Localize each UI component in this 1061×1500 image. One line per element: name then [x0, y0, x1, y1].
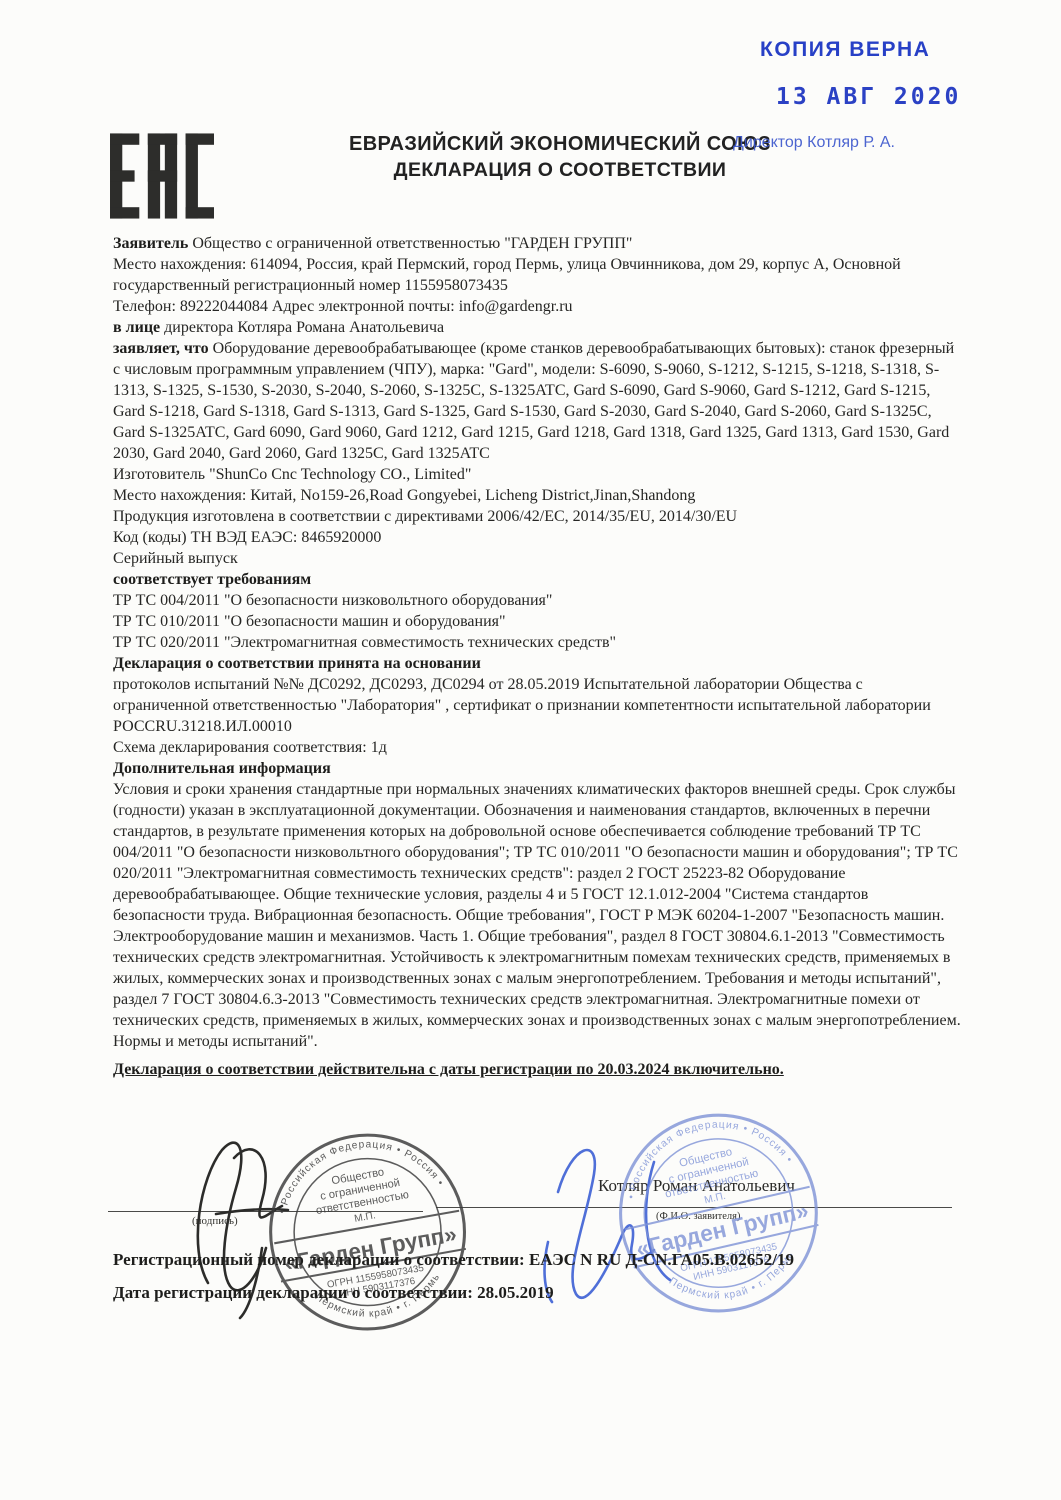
paragraph: ТР ТС 010/2011 "О безопасности машин и о… — [113, 611, 961, 632]
paragraph: Заявитель Общество с ограниченной ответс… — [113, 233, 961, 254]
paragraph: ТР ТС 004/2011 "О безопасности низковоль… — [113, 590, 961, 611]
paragraph: ТР ТС 020/2011 "Электромагнитная совмест… — [113, 632, 961, 653]
registration-date-line: Дата регистрации декларации о соответств… — [113, 1283, 554, 1303]
paragraph: Условия и сроки хранения стандартные при… — [113, 779, 961, 1052]
paragraph: Телефон: 89222044084 Адрес электронной п… — [113, 296, 961, 317]
seal-ring-text: • Российская Федерация • Россия • — [267, 1126, 447, 1217]
copy-verna-stamp: КОПИЯ ВЕРНА — [760, 38, 930, 62]
declaration-document: ЕВРАЗИЙСКИЙ ЭКОНОМИЧЕСКИЙ СОЮЗ ДЕКЛАРАЦИ… — [0, 0, 1061, 1500]
seal-org-line1: Общество — [331, 1166, 386, 1187]
paragraph: Код (коды) ТН ВЭД ЕАЭС: 8465920000 — [113, 527, 961, 548]
document-body-wrap: Заявитель Общество с ограниченной ответс… — [113, 233, 961, 1080]
seal-mp: М.П. — [353, 1210, 376, 1225]
director-stamp-text: Директор Котляр Р. А. — [733, 134, 895, 152]
seal-org-line3: ответственностью — [315, 1189, 410, 1217]
title-line-2: ДЕКЛАРАЦИЯ О СООТВЕТСТВИИ — [270, 159, 850, 182]
paragraph: Декларация о соответствии принята на осн… — [113, 653, 961, 674]
registration-number-value: ЕАЭС N RU Д-CN.ГА05.В.02652/19 — [529, 1250, 794, 1269]
fio-label: (Ф.И.О. заявителя) — [656, 1211, 741, 1222]
round-seal-black: • Российская Федерация • Россия • Общест… — [249, 1114, 486, 1355]
validity-statement: Декларация о соответствии действительна … — [113, 1059, 961, 1080]
paragraph: Изготовитель "ShunCo Cnc Technology CO.,… — [113, 464, 961, 485]
paragraph: заявляет, что Оборудование деревообрабат… — [113, 338, 961, 464]
paragraph: Продукция изготовлена в соответствии с д… — [113, 506, 961, 527]
handwritten-signature-blue — [528, 1122, 708, 1327]
podpis-label: (подпись) — [192, 1215, 238, 1227]
registration-date-value: 28.05.2019 — [477, 1283, 554, 1302]
paragraph: Схема декларирования соответствия: 1д — [113, 737, 961, 758]
svg-text:• Российская Федерация • Росси: • Российская Федерация • Россия • — [267, 1126, 447, 1217]
paragraph: Дополнительная информация — [113, 758, 961, 779]
seal-org-line2: с ограниченной — [319, 1177, 401, 1203]
paragraph: Серийный выпуск — [113, 548, 961, 569]
paragraph: в лице директора Котляра Романа Анатолье… — [113, 317, 961, 338]
paragraph: протоколов испытаний №№ ДС0292, ДС0293, … — [113, 674, 961, 737]
copy-date-stamp: 13 АВГ 2020 — [776, 84, 961, 110]
seal-org-line1: Общество — [678, 1146, 733, 1170]
paragraph: Место нахождения: 614094, Россия, край П… — [113, 254, 961, 296]
eac-logo-icon — [110, 132, 214, 225]
signature-line-right — [436, 1207, 952, 1208]
registration-date-label: Дата регистрации декларации о соответств… — [113, 1283, 473, 1302]
document-body: Заявитель Общество с ограниченной ответс… — [113, 233, 961, 1052]
applicant-name: Котляр Роман Анатольевич — [598, 1176, 795, 1196]
registration-number-label: Регистрационный номер декларации о соотв… — [113, 1250, 525, 1269]
signature-line-left — [108, 1211, 423, 1212]
paragraph: соответствует требованиям — [113, 569, 961, 590]
paragraph: Место нахождения: Китай, No159-26,Road G… — [113, 485, 961, 506]
registration-number-line: Регистрационный номер декларации о соотв… — [113, 1250, 794, 1270]
